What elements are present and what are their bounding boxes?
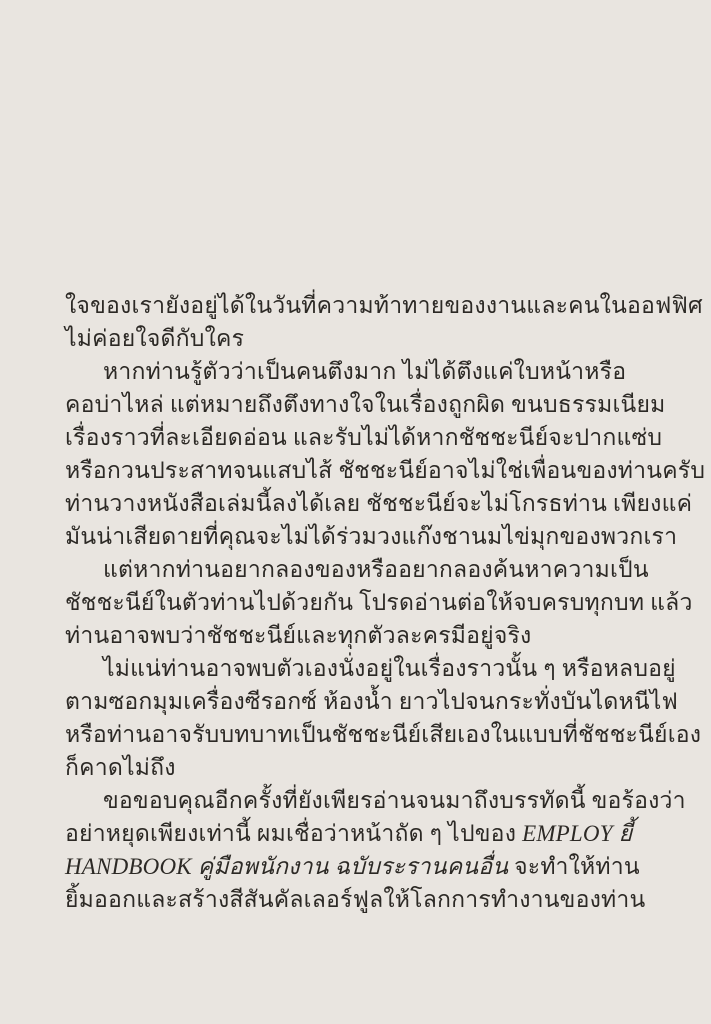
text-segment: ท่านอาจพบว่าชัชชะนีย์และทุกตัวละครมีอยู่… — [65, 623, 532, 648]
text-segment: แต่หากท่านอยากลองของหรืออยากลองค้นหาความ… — [103, 557, 649, 582]
text-line: คอบ่าไหล่ แต่หมายถึงตึงทางใจในเรื่องถูกผ… — [65, 388, 581, 421]
text-segment: ไม่แน่ท่านอาจพบตัวเองนั่งอยู่ในเรื่องราว… — [103, 656, 676, 681]
text-segment: ก็คาดไม่ถึง — [65, 755, 176, 780]
text-line: หากท่านรู้ตัวว่าเป็นคนตึงมาก ไม่ได้ตึงแค… — [65, 355, 581, 388]
text-segment: อย่าหยุดเพียงเท่านี้ ผมเชื่อว่าหน้าถัด ๆ… — [65, 821, 522, 846]
text-segment: ท่านวางหนังสือเล่มนี้ลงได้เลย ชัชชะนีย์จ… — [65, 491, 692, 516]
text-line: หรือกวนประสาทจนแสบไส้ ชัชชะนีย์อาจไม่ใช่… — [65, 454, 581, 487]
text-line: ท่านวางหนังสือเล่มนี้ลงได้เลย ชัชชะนีย์จ… — [65, 487, 581, 520]
text-segment: เรื่องราวที่ละเอียดอ่อน และรับไม่ได้หากช… — [65, 425, 662, 450]
page-body-text: ใจของเรายังอยู่ได้ในวันที่ความท้าทายของง… — [65, 289, 581, 916]
text-line: มันน่าเสียดายที่คุณจะไม่ได้ร่วมวงแก๊งชาน… — [65, 520, 581, 553]
text-line: HANDBOOK คู่มือพนักงาน ฉบับระรานคนอื่น จ… — [65, 850, 581, 883]
text-segment: ยิ้มออกและสร้างสีสันคัลเลอร์ฟูลให้โลกการ… — [65, 887, 645, 912]
text-segment: มันน่าเสียดายที่คุณจะไม่ได้ร่วมวงแก๊งชาน… — [65, 524, 677, 549]
text-line: ยิ้มออกและสร้างสีสันคัลเลอร์ฟูลให้โลกการ… — [65, 883, 581, 916]
text-line: ใจของเรายังอยู่ได้ในวันที่ความท้าทายของง… — [65, 289, 581, 322]
text-line: ตามซอกมุมเครื่องซีรอกซ์ ห้องน้ำ ยาวไปจนก… — [65, 685, 581, 718]
text-line: หรือท่านอาจรับบทบาทเป็นชัชชะนีย์เสียเองใ… — [65, 718, 581, 751]
text-line: ขอขอบคุณอีกครั้งที่ยังเพียรอ่านจนมาถึงบร… — [65, 784, 581, 817]
text-line: ไม่ค่อยใจดีกับใคร — [65, 322, 581, 355]
text-line: เรื่องราวที่ละเอียดอ่อน และรับไม่ได้หากช… — [65, 421, 581, 454]
text-line: ท่านอาจพบว่าชัชชะนีย์และทุกตัวละครมีอยู่… — [65, 619, 581, 652]
text-segment: หากท่านรู้ตัวว่าเป็นคนตึงมาก ไม่ได้ตึงแค… — [103, 359, 626, 384]
text-segment: ขอขอบคุณอีกครั้งที่ยังเพียรอ่านจนมาถึงบร… — [103, 788, 686, 813]
book-page: ใจของเรายังอยู่ได้ในวันที่ความท้าทายของง… — [0, 0, 711, 1024]
text-segment: ใจของเรายังอยู่ได้ในวันที่ความท้าทายของง… — [65, 293, 703, 318]
text-segment: ไม่ค่อยใจดีกับใคร — [65, 326, 244, 351]
text-line: ไม่แน่ท่านอาจพบตัวเองนั่งอยู่ในเรื่องราว… — [65, 652, 581, 685]
text-line: อย่าหยุดเพียงเท่านี้ ผมเชื่อว่าหน้าถัด ๆ… — [65, 817, 581, 850]
text-segment: หรือกวนประสาทจนแสบไส้ ชัชชะนีย์อาจไม่ใช่… — [65, 458, 705, 483]
text-segment: ตามซอกมุมเครื่องซีรอกซ์ ห้องน้ำ ยาวไปจนก… — [65, 689, 678, 714]
text-segment: หรือท่านอาจรับบทบาทเป็นชัชชะนีย์เสียเองใ… — [65, 722, 701, 747]
italic-text-segment: EMPLOY ยี้ — [522, 821, 632, 846]
text-segment: ชัชชะนีย์ในตัวท่านไปด้วยกัน โปรดอ่านต่อใ… — [65, 590, 693, 615]
text-line: ก็คาดไม่ถึง — [65, 751, 581, 784]
italic-text-segment: HANDBOOK คู่มือพนักงาน ฉบับระรานคนอื่น — [65, 854, 508, 879]
text-line: ชัชชะนีย์ในตัวท่านไปด้วยกัน โปรดอ่านต่อใ… — [65, 586, 581, 619]
text-segment: คอบ่าไหล่ แต่หมายถึงตึงทางใจในเรื่องถูกผ… — [65, 392, 666, 417]
text-line: แต่หากท่านอยากลองของหรืออยากลองค้นหาความ… — [65, 553, 581, 586]
text-segment: จะทำให้ท่าน — [508, 854, 640, 879]
